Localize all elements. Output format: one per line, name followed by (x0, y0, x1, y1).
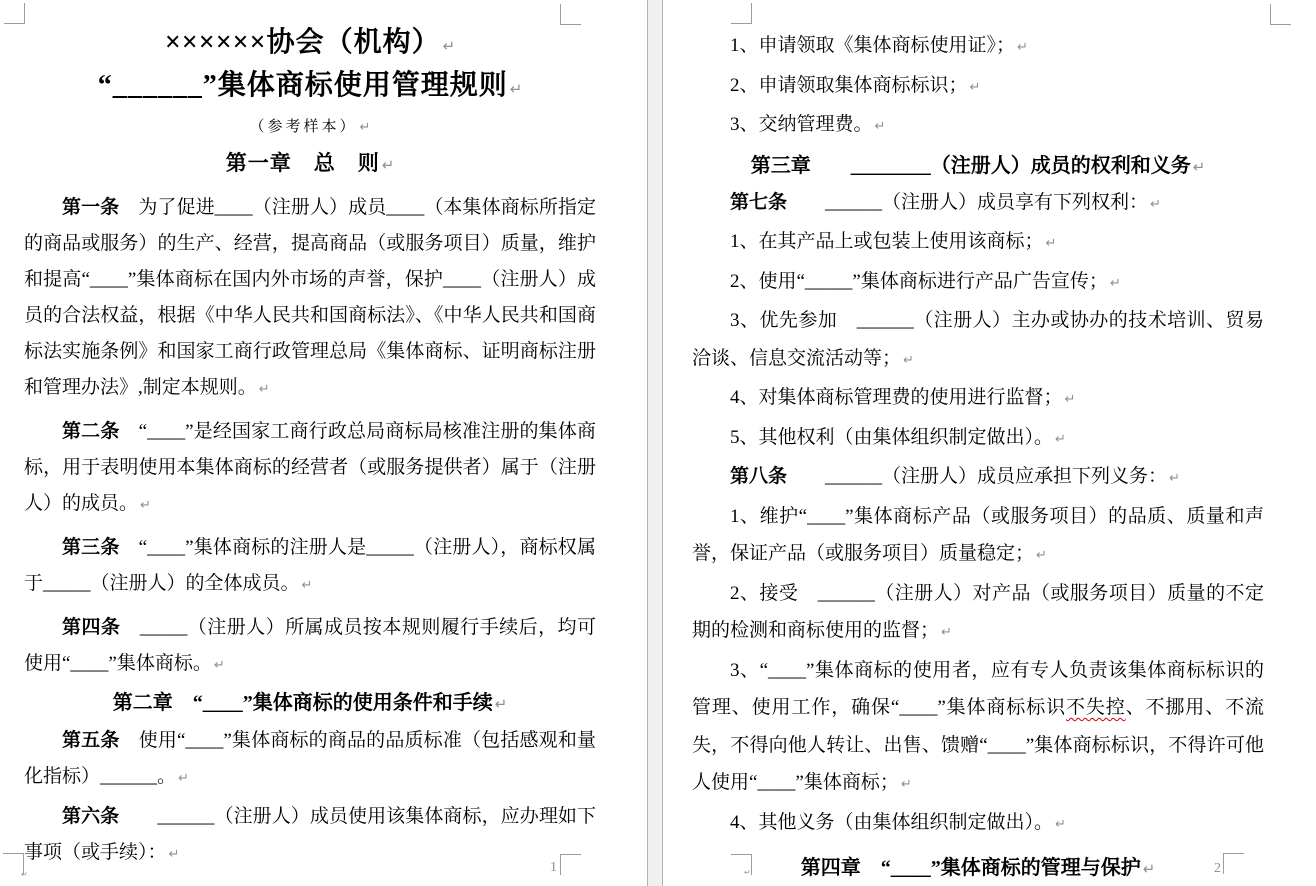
paragraph-mark: ↵ (1053, 817, 1066, 832)
item-text: 2、接受 ______（注册人）对产品（或服务项目）质量的不定期的检测和商标使用… (692, 583, 1264, 642)
article-5-label: 第五条 (62, 730, 120, 751)
article-1: 第一条 为了促进____（注册人）成员____（本集体商标所指定的商品或服务）的… (24, 190, 596, 408)
paragraph-mark: ↵ (1015, 40, 1028, 55)
paragraph-mark: ↵ (358, 120, 371, 135)
chapter-2-text: 第二章 “____”集体商标的使用条件和手续 (113, 692, 493, 714)
crop-mark-page1-top-right (560, 4, 581, 25)
chapter-4-heading: 第四章 “____”集体商标的管理与保护↵ (692, 851, 1264, 886)
document-view: ××××××协会（机构）↵ “______”集体商标使用管理规则↵ （参考样本）… (0, 0, 1316, 886)
paragraph-mark: ↵ (1191, 158, 1206, 176)
article-7-item-2: 2、使用“_____”集体商标进行产品广告宣传；↵ (692, 263, 1264, 303)
article-6-label: 第六条 (62, 806, 119, 827)
item-text: 2、使用“_____”集体商标进行产品广告宣传； (730, 271, 1108, 292)
item-text: 3、交纳管理费。 (730, 114, 873, 135)
paragraph-mark: ↵ (167, 847, 180, 862)
chapter-3-heading: 第三章 ________（注册人）成员的权利和义务↵ (692, 149, 1264, 184)
page-2-text-area: 1、申请领取《集体商标使用证》；↵ 2、申请领取集体商标标识；↵ 3、交纳管理费… (692, 23, 1264, 886)
crop-mark-page2-top-right (1270, 4, 1291, 25)
article-8-item-3: 3、“____”集体商标的使用者，应有专人负责该集体商标标识的管理、使用工作，确… (692, 652, 1264, 804)
title-line-1: ××××××协会（机构）↵ (24, 23, 596, 66)
article-8-label: 第八条 (730, 466, 787, 487)
paragraph-mark: ↵ (176, 771, 189, 786)
chapter-3-text: 第三章 ________（注册人）成员的权利和义务 (751, 155, 1191, 177)
article-3-label: 第三条 (62, 537, 120, 558)
article-7-text: ______（注册人）成员享有下列权利： (787, 192, 1148, 213)
article-1-text: 为了促进____（注册人）成员____（本集体商标所指定的商品或服务）的生产、经… (24, 197, 596, 398)
article-1-label: 第一条 (62, 197, 119, 218)
article-7-label: 第七条 (730, 192, 787, 213)
crop-mark-page2-top-left (731, 3, 752, 24)
subtitle-reference-sample: （参考样本）↵ (24, 113, 596, 142)
paragraph-mark: ↵ (212, 658, 225, 673)
footer-paragraph-mark-page1: ↵ (21, 870, 28, 879)
paragraph-mark: ↵ (901, 353, 914, 368)
chapter-4-text: 第四章 “____”集体商标的管理与保护 (801, 857, 1141, 879)
item-text: 1、申请领取《集体商标使用证》； (730, 35, 1015, 56)
paragraph-mark: ↵ (441, 37, 456, 55)
footer-paragraph-mark-page2: ↵ (744, 868, 751, 877)
paragraph-mark: ↵ (873, 119, 886, 134)
paragraph-mark: ↵ (1108, 276, 1121, 291)
crop-mark-page2-bottom-right (1223, 853, 1244, 874)
article-6-item-3: 3、交纳管理费。↵ (692, 106, 1264, 146)
paragraph-mark: ↵ (939, 625, 952, 640)
article-6: 第六条 ______（注册人）成员使用该集体商标，应办理如下事项（或手续）：↵ (24, 799, 596, 873)
item-text: 1、维护“____”集体商标产品（或服务项目）的品质、质量和声誉，保证产品（或服… (692, 506, 1264, 565)
crop-mark-page1-bottom-right (560, 854, 581, 875)
paragraph-mark: ↵ (1053, 432, 1066, 447)
paragraph-mark: ↵ (257, 382, 270, 397)
paragraph-mark: ↵ (1044, 236, 1057, 251)
paragraph-mark: ↵ (300, 578, 313, 593)
paragraph-mark: ↵ (380, 156, 395, 174)
article-4: 第四条 _____（注册人）所属成员按本规则履行手续后，均可使用“____”集体… (24, 610, 596, 684)
article-7-item-1: 1、在其产品上或包装上使用该商标；↵ (692, 223, 1264, 263)
item-text: 3、优先参加 ______（注册人）主办或协办的技术培训、贸易洽谈、信息交流活动… (692, 310, 1264, 369)
article-4-label: 第四条 (62, 617, 120, 638)
chapter-1-text: 第一章 总 则 (226, 151, 380, 175)
page-1-text-area: ××××××协会（机构）↵ “______”集体商标使用管理规则↵ （参考样本）… (24, 23, 596, 873)
paragraph-mark: ↵ (968, 80, 981, 95)
article-7: 第七条 ______（注册人）成员享有下列权利：↵ (692, 184, 1264, 224)
article-7-item-3: 3、优先参加 ______（注册人）主办或协办的技术培训、贸易洽谈、信息交流活动… (692, 302, 1264, 379)
paragraph-mark: ↵ (1167, 471, 1180, 486)
item-text: 2、申请领取集体商标标识； (730, 75, 968, 96)
item-text: 4、其他义务（由集体组织制定做出）。 (730, 812, 1053, 833)
page-number-1: 1 (550, 860, 557, 876)
article-2-label: 第二条 (62, 421, 120, 442)
article-8: 第八条 ______（注册人）成员应承担下列义务：↵ (692, 458, 1264, 498)
title-line-1-text: ××××××协会（机构） (165, 27, 441, 58)
title-line-2-text: “______”集体商标使用管理规则 (98, 70, 508, 101)
paragraph-mark: ↵ (138, 498, 151, 513)
crop-mark-page1-top-left (4, 3, 25, 24)
article-8-item-2: 2、接受 ______（注册人）对产品（或服务项目）质量的不定期的检测和商标使用… (692, 575, 1264, 652)
item-text: 5、其他权利（由集体组织制定做出）。 (730, 427, 1053, 448)
article-8-item-1: 1、维护“____”集体商标产品（或服务项目）的品质、质量和声誉，保证产品（或服… (692, 498, 1264, 575)
item-text: 4、对集体商标管理费的使用进行监督； (730, 387, 1063, 408)
title-line-2: “______”集体商标使用管理规则↵ (24, 66, 596, 109)
article-7-item-5: 5、其他权利（由集体组织制定做出）。↵ (692, 419, 1264, 459)
paragraph-mark: ↵ (899, 777, 912, 792)
page-divider (647, 0, 663, 886)
paragraph-mark: ↵ (508, 80, 523, 98)
paragraph-mark: ↵ (493, 695, 508, 713)
article-2: 第二条 “____”是经国家工商行政总局商标局核准注册的集体商标，用于表明使用本… (24, 414, 596, 524)
article-8-item-4: 4、其他义务（由集体组织制定做出）。↵ (692, 804, 1264, 844)
article-6-item-1: 1、申请领取《集体商标使用证》；↵ (692, 27, 1264, 67)
chapter-1-heading: 第一章 总 则↵ (24, 146, 596, 182)
subtitle-text: （参考样本） (250, 119, 358, 135)
paragraph-mark: ↵ (1148, 197, 1161, 212)
article-7-item-4: 4、对集体商标管理费的使用进行监督；↵ (692, 379, 1264, 419)
article-6-item-2: 2、申请领取集体商标标识；↵ (692, 67, 1264, 107)
article-5: 第五条 使用“____”集体商标的商品的品质标准（包括感观和量化指标）_____… (24, 723, 596, 797)
chapter-2-heading: 第二章 “____”集体商标的使用条件和手续↵ (24, 686, 596, 721)
article-3: 第三条 “____”集体商标的注册人是_____（注册人），商标权属于_____… (24, 530, 596, 604)
paragraph-mark: ↵ (1141, 860, 1156, 878)
paragraph-mark: ↵ (1063, 392, 1076, 407)
spellcheck-flagged-text: 不失控 (1066, 697, 1126, 718)
page-number-2: 2 (1214, 861, 1221, 877)
paragraph-mark: ↵ (1034, 548, 1047, 563)
article-8-text: ______（注册人）成员应承担下列义务： (787, 466, 1167, 487)
item-text: 1、在其产品上或包装上使用该商标； (730, 231, 1044, 252)
